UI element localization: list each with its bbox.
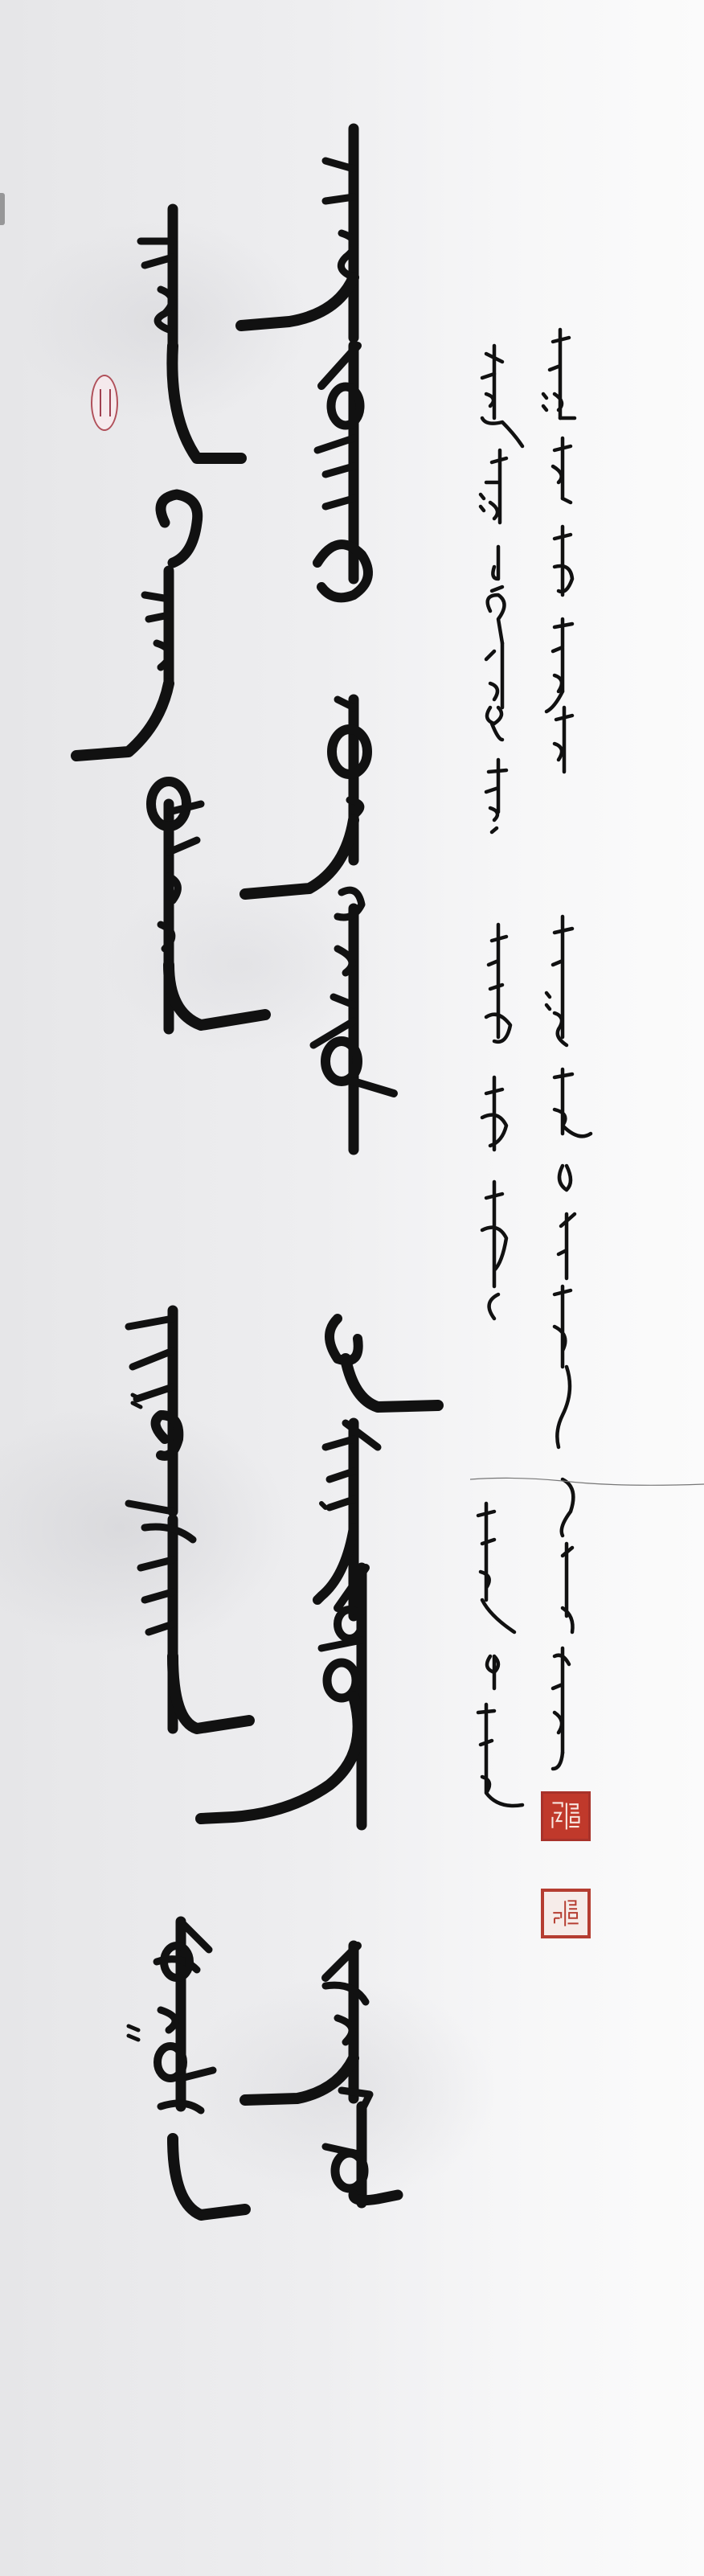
seal-glyph [551,1898,581,1929]
inscription-column-1 [478,346,522,1806]
paper-crease [470,1478,704,1485]
main-column-2 [201,129,438,2203]
calligraphy-scroll: Mongolian calligraphy scroll with two la… [0,0,704,2576]
seal-glyph [550,1800,582,1832]
inscription-column-2 [543,330,591,1769]
seal-name-baiwen [541,1791,591,1841]
seal-name-zhuwen [541,1889,591,1938]
seal-glyph [100,389,111,416]
main-column-1 [76,209,265,2215]
seal-leisure-oval [91,375,118,431]
